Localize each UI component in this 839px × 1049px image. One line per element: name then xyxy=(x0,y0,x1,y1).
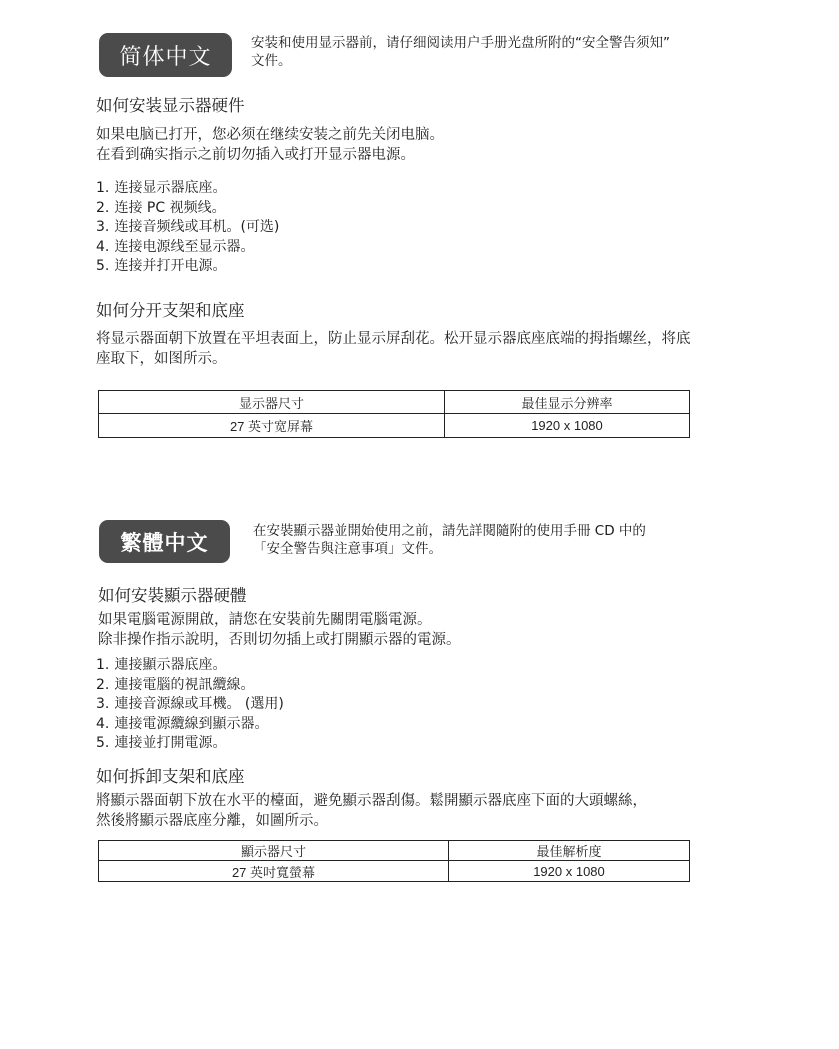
spec-table-row: 27 英寸宽屏幕 1920 x 1080 xyxy=(99,414,690,438)
step-number: 1. xyxy=(96,656,110,676)
detach-paragraph: 將顯示器面朝下放在水平的檯面，避免顯示器刮傷。鬆開顯示器底座下面的大頭螺絲， 然… xyxy=(96,791,746,831)
detach-heading: 如何分开支架和底座 xyxy=(96,297,245,321)
install-paragraph-line: 如果電腦電源開啟，請您在安裝前先關閉電腦電源。 xyxy=(98,610,461,630)
install-heading: 如何安裝顯示器硬體 xyxy=(98,582,247,606)
step-number: 1. xyxy=(96,179,110,199)
spec-table-header: 显示器尺寸 xyxy=(99,391,445,414)
detach-paragraph-line: 將顯示器面朝下放在水平的檯面，避免顯示器刮傷。鬆開顯示器底座下面的大頭螺絲， xyxy=(96,791,746,811)
install-step: 3. 連接音源線或耳機。 (選用) xyxy=(96,695,284,715)
spec-table: 顯示器尺寸 最佳解析度 27 英吋寬螢幕 1920 x 1080 xyxy=(98,840,690,882)
install-paragraph: 如果电脑已打开，您必须在继续安装之前先关闭电脑。 在看到确实指示之前切勿插入或打… xyxy=(96,125,444,165)
spec-table-row: 27 英吋寬螢幕 1920 x 1080 xyxy=(99,861,690,882)
safety-notice-line: 文件。 xyxy=(251,52,751,70)
install-step: 2. 连接 PC 视频线。 xyxy=(96,199,279,219)
step-text: 連接顯示器底座。 xyxy=(114,657,226,673)
step-number: 4. xyxy=(96,715,110,735)
step-number: 2. xyxy=(96,676,110,696)
install-step: 3. 连接音频线或耳机。(可选) xyxy=(96,218,279,238)
spec-table-cell: 1920 x 1080 xyxy=(445,414,690,438)
install-paragraph-line: 如果电脑已打开，您必须在继续安装之前先关闭电脑。 xyxy=(96,125,444,145)
install-step: 2. 連接電腦的視訊纜線。 xyxy=(96,676,284,696)
detach-paragraph: 将显示器面朝下放置在平坦表面上，防止显示屏刮花。松开显示器底座底端的拇指螺丝，将… xyxy=(96,329,766,369)
spec-table-header: 顯示器尺寸 xyxy=(99,841,449,861)
spec-table-header: 最佳显示分辨率 xyxy=(445,391,690,414)
step-text: 连接显示器底座。 xyxy=(114,180,226,196)
step-text: 連接電源纜線到顯示器。 xyxy=(114,716,268,732)
install-step: 5. 連接並打開電源。 xyxy=(96,734,284,754)
spec-table-cell: 27 英吋寬螢幕 xyxy=(99,861,449,882)
step-number: 3. xyxy=(96,218,110,238)
install-step: 4. 連接電源纜線到顯示器。 xyxy=(96,715,284,735)
step-text: 連接並打開電源。 xyxy=(114,735,226,751)
spec-table-header-row: 顯示器尺寸 最佳解析度 xyxy=(99,841,690,861)
install-step: 1. 連接顯示器底座。 xyxy=(96,656,284,676)
step-number: 3. xyxy=(96,695,110,715)
spec-table-cell: 1920 x 1080 xyxy=(449,861,690,882)
detach-paragraph-line: 座取下，如图所示。 xyxy=(96,349,766,369)
install-paragraph-line: 除非操作指示說明，否則切勿插上或打開顯示器的電源。 xyxy=(98,630,461,650)
install-paragraph-line: 在看到确实指示之前切勿插入或打开显示器电源。 xyxy=(96,145,444,165)
safety-notice-line: 「安全警告與注意事項」文件。 xyxy=(253,540,753,558)
install-heading: 如何安装显示器硬件 xyxy=(96,92,245,116)
safety-notice-line: 安装和使用显示器前，请仔细阅读用户手册光盘所附的“安全警告须知” xyxy=(251,34,751,52)
language-badge-traditional-chinese: 繁體中文 xyxy=(99,520,230,563)
safety-notice: 安装和使用显示器前，请仔细阅读用户手册光盘所附的“安全警告须知” 文件。 xyxy=(251,34,751,70)
spec-table-header: 最佳解析度 xyxy=(449,841,690,861)
step-number: 5. xyxy=(96,257,110,277)
detach-paragraph-line: 将显示器面朝下放置在平坦表面上，防止显示屏刮花。松开显示器底座底端的拇指螺丝，将… xyxy=(96,329,766,349)
safety-notice: 在安裝顯示器並開始使用之前，請先詳閱隨附的使用手冊 CD 中的 「安全警告與注意… xyxy=(253,522,753,558)
step-text: 连接 PC 视频线。 xyxy=(114,200,225,216)
install-step: 4. 连接电源线至显示器。 xyxy=(96,238,279,258)
install-step: 1. 连接显示器底座。 xyxy=(96,179,279,199)
step-text: 连接音频线或耳机。(可选) xyxy=(114,219,279,235)
install-paragraph: 如果電腦電源開啟，請您在安裝前先關閉電腦電源。 除非操作指示說明，否則切勿插上或… xyxy=(98,610,461,650)
language-badge-simplified-chinese: 简体中文 xyxy=(99,33,232,77)
spec-table: 显示器尺寸 最佳显示分辨率 27 英寸宽屏幕 1920 x 1080 xyxy=(98,390,690,438)
install-steps-list: 1. 连接显示器底座。 2. 连接 PC 视频线。 3. 连接音频线或耳机。(可… xyxy=(96,179,279,277)
safety-notice-line: 在安裝顯示器並開始使用之前，請先詳閱隨附的使用手冊 CD 中的 xyxy=(253,522,753,540)
step-number: 2. xyxy=(96,199,110,219)
step-text: 連接音源線或耳機。 (選用) xyxy=(114,696,283,712)
spec-table-cell: 27 英寸宽屏幕 xyxy=(99,414,445,438)
step-number: 4. xyxy=(96,238,110,258)
detach-paragraph-line: 然後將顯示器底座分離，如圖所示。 xyxy=(96,811,746,831)
step-text: 連接電腦的視訊纜線。 xyxy=(114,677,254,693)
spec-table-header-row: 显示器尺寸 最佳显示分辨率 xyxy=(99,391,690,414)
step-text: 连接电源线至显示器。 xyxy=(114,239,254,255)
install-steps-list: 1. 連接顯示器底座。 2. 連接電腦的視訊纜線。 3. 連接音源線或耳機。 (… xyxy=(96,656,284,754)
step-number: 5. xyxy=(96,734,110,754)
detach-heading: 如何拆卸支架和底座 xyxy=(96,763,245,787)
step-text: 连接并打开电源。 xyxy=(114,258,226,274)
install-step: 5. 连接并打开电源。 xyxy=(96,257,279,277)
